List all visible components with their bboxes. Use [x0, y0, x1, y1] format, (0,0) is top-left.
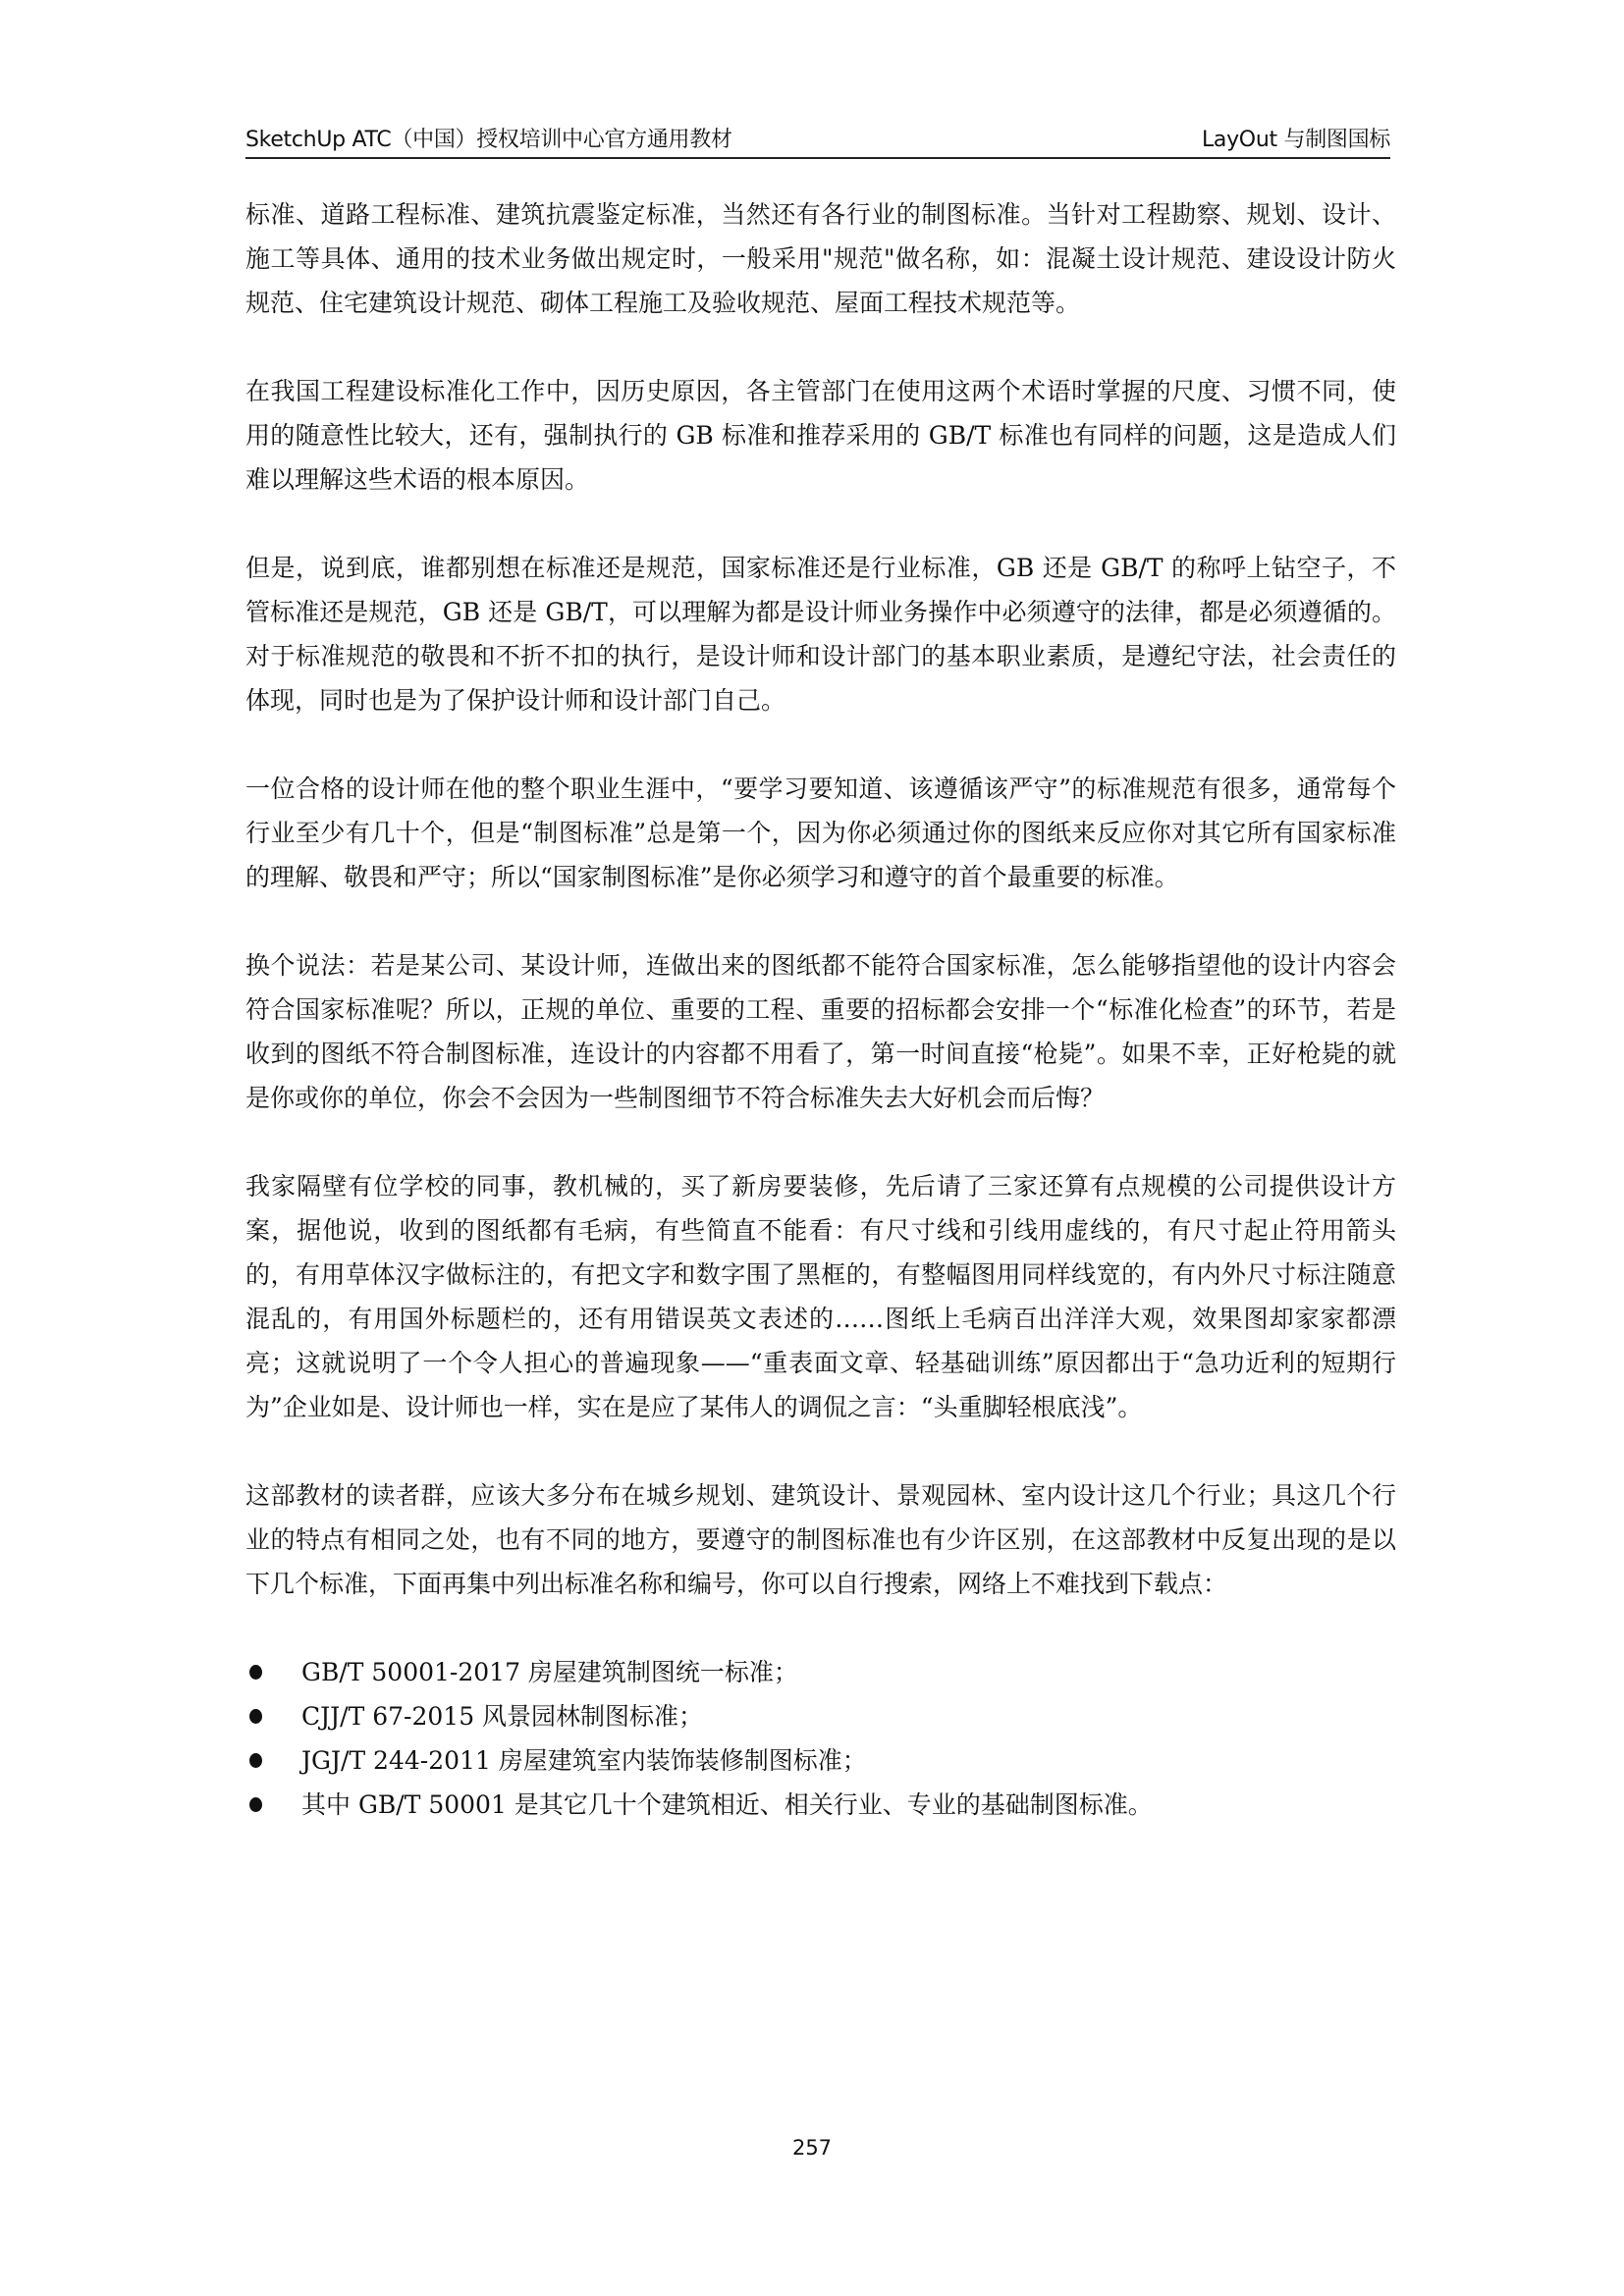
- paragraph-readership: 这部教材的读者群，应该大多分布在城乡规划、建筑设计、景观园林、室内设计这几个行业…: [245, 1473, 1396, 1606]
- paragraph-standardization-check: 换个说法：若是某公司、某设计师，连做出来的图纸都不能符合国家标准，怎么能够指望他…: [245, 943, 1396, 1120]
- header-book-title: SketchUp ATC（中国）授权培训中心官方通用教材: [245, 123, 732, 153]
- paragraph-history: 在我国工程建设标准化工作中，因历史原因，各主管部门在使用这两个术语时掌握的尺度、…: [245, 369, 1396, 502]
- page-number: 257: [0, 2136, 1624, 2160]
- paragraph-neighbor-anecdote: 我家隔壁有位学校的同事，教机械的，买了新房要装修，先后请了三家还算有点规模的公司…: [245, 1164, 1396, 1429]
- bullet-icon: [249, 1665, 262, 1680]
- list-item: JGJ/T 244-2011 房屋建筑室内装饰装修制图标准；: [245, 1738, 1396, 1783]
- list-item-text: JGJ/T 244-2011 房屋建筑室内装饰装修制图标准；: [301, 1746, 867, 1775]
- list-item-text: CJJ/T 67-2015 风景园林制图标准；: [301, 1702, 703, 1731]
- list-item: CJJ/T 67-2015 风景园林制图标准；: [245, 1694, 1396, 1738]
- paragraph-standards-vs-codes: 标准、道路工程标准、建筑抗震鉴定标准，当然还有各行业的制图标准。当针对工程勘察、…: [245, 192, 1396, 325]
- list-item-text: 其中 GB/T 50001 是其它几十个建筑相近、相关行业、专业的基础制图标准。: [301, 1790, 1153, 1819]
- paragraph-compliance: 但是，说到底，谁都别想在标准还是规范，国家标准还是行业标准，GB 还是 GB/T…: [245, 546, 1396, 722]
- running-header: SketchUp ATC（中国）授权培训中心官方通用教材 LayOut 与制图国…: [245, 116, 1390, 159]
- bullet-icon: [249, 1753, 262, 1768]
- list-item: 其中 GB/T 50001 是其它几十个建筑相近、相关行业、专业的基础制图标准。: [245, 1783, 1396, 1827]
- standards-list: GB/T 50001-2017 房屋建筑制图统一标准； CJJ/T 67-201…: [245, 1650, 1396, 1827]
- list-item-text: GB/T 50001-2017 房屋建筑制图统一标准；: [301, 1658, 798, 1686]
- page-body: 标准、道路工程标准、建筑抗震鉴定标准，当然还有各行业的制图标准。当针对工程勘察、…: [245, 192, 1396, 1827]
- list-item: GB/T 50001-2017 房屋建筑制图统一标准；: [245, 1650, 1396, 1694]
- bullet-icon: [249, 1709, 262, 1724]
- paragraph-drawing-standard-first: 一位合格的设计师在他的整个职业生涯中，“要学习要知道、该遵循该严守”的标准规范有…: [245, 767, 1396, 899]
- header-chapter-title: LayOut 与制图国标: [1202, 123, 1390, 153]
- bullet-icon: [249, 1797, 262, 1812]
